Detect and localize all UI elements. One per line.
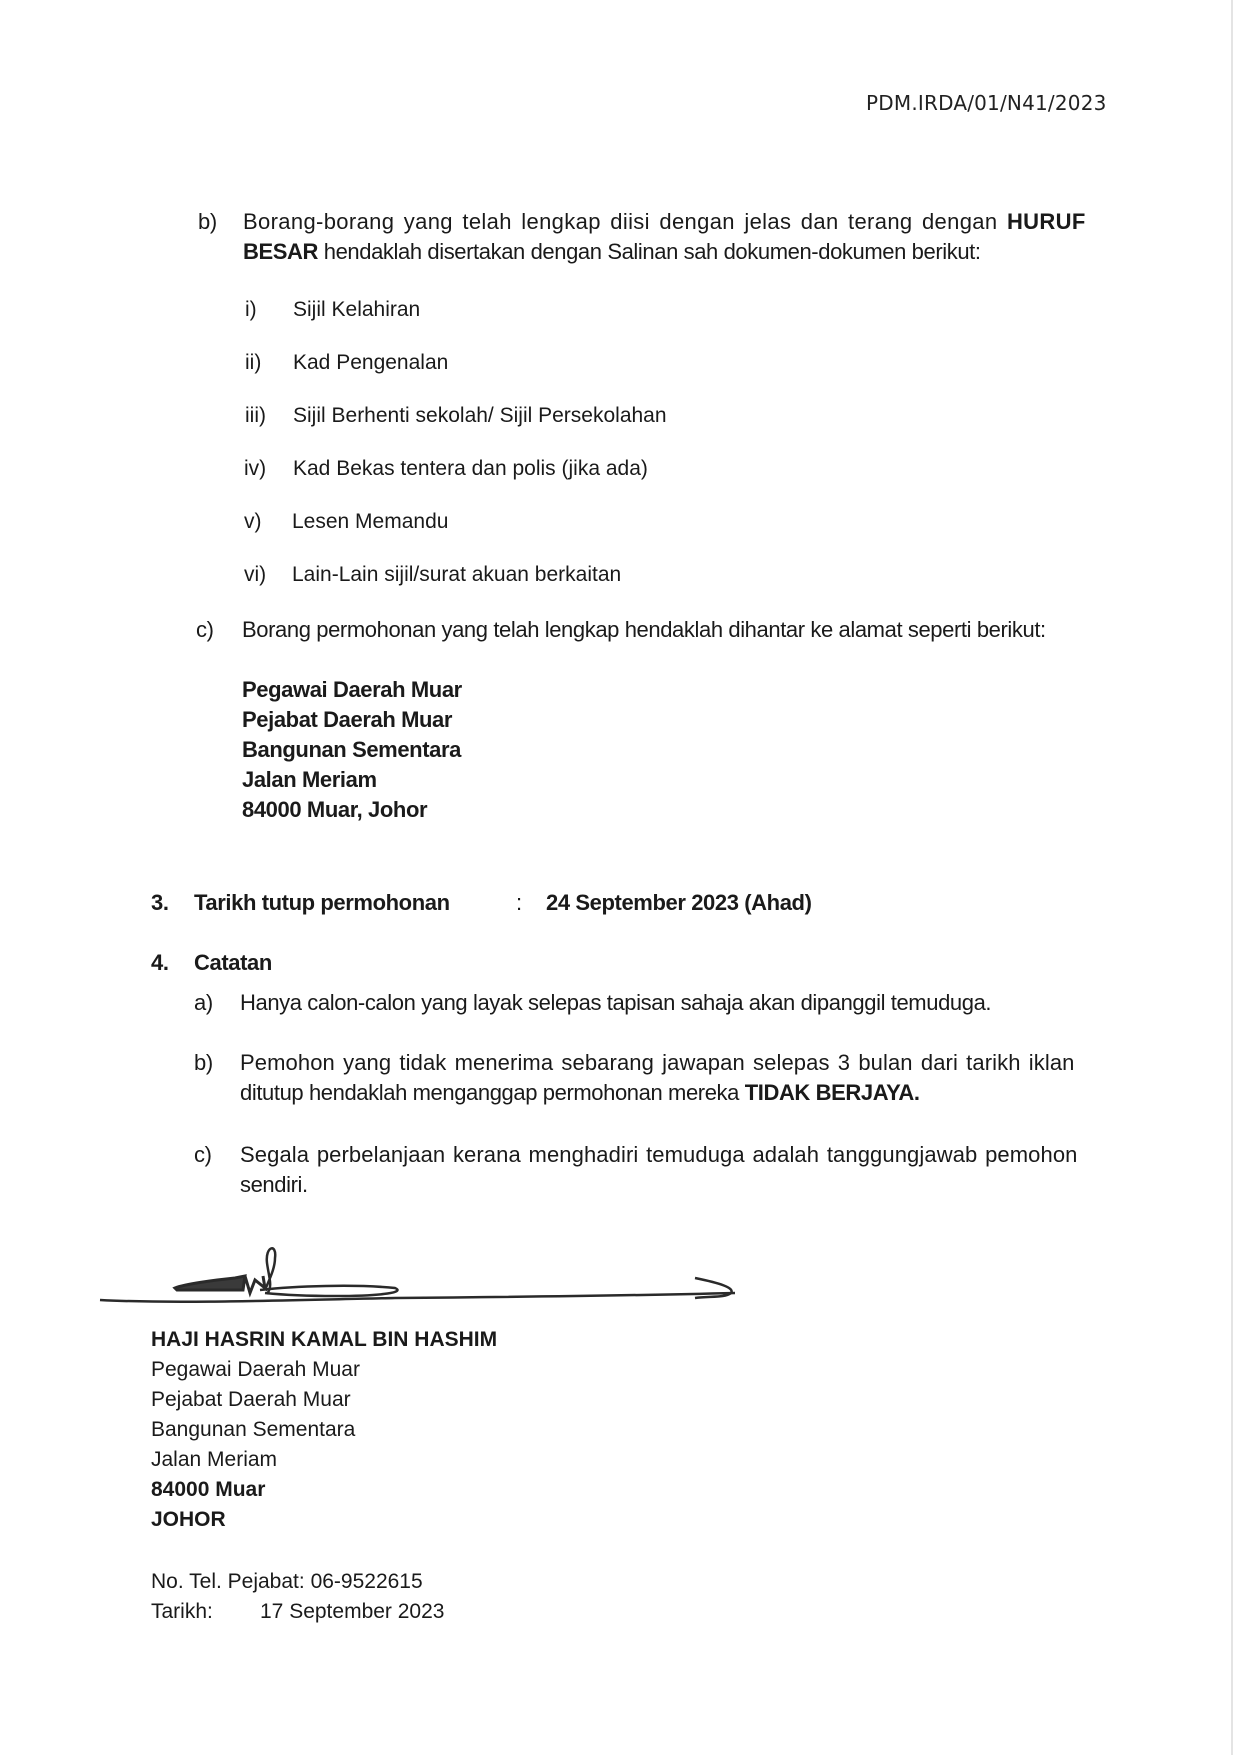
section-4-number: 4. bbox=[151, 948, 169, 978]
note-label: a) bbox=[194, 988, 213, 1018]
closing-date-value: 24 September 2023 (Ahad) bbox=[546, 888, 812, 918]
section-b-text-2: hendaklah disertakan dengan Salinan sah … bbox=[318, 239, 981, 264]
closing-date-label: Tarikh tutup permohonan bbox=[194, 888, 450, 918]
closing-date-separator: : bbox=[516, 888, 522, 918]
section-c-text: Borang permohonan yang telah lengkap hen… bbox=[242, 615, 1046, 645]
address-line: Jalan Meriam bbox=[242, 765, 377, 795]
section-b-line1: Borang-borang yang telah lengkap diisi d… bbox=[243, 207, 1109, 237]
notes-title: Catatan bbox=[194, 948, 272, 978]
document-label: v) bbox=[244, 510, 262, 534]
signatory-line: Pejabat Daerah Muar bbox=[151, 1388, 351, 1412]
note-text: ditutup hendaklah menganggap permohonan … bbox=[240, 1080, 745, 1105]
signatory-state: JOHOR bbox=[151, 1508, 226, 1532]
page-edge bbox=[1231, 0, 1233, 1755]
signatory-postcode: 84000 Muar bbox=[151, 1478, 265, 1502]
section-b-bold-2: BESAR bbox=[243, 239, 318, 264]
note-label: c) bbox=[194, 1140, 212, 1170]
address-line: Pegawai Daerah Muar bbox=[242, 675, 462, 705]
document-item: Sijil Berhenti sekolah/ Sijil Persekolah… bbox=[293, 404, 667, 428]
document-item: Sijil Kelahiran bbox=[293, 298, 420, 322]
phone-number: 06-9522615 bbox=[311, 1570, 423, 1593]
section-c-label: c) bbox=[196, 615, 214, 645]
note-label: b) bbox=[194, 1048, 213, 1078]
note-text: Pemohon yang tidak menerima sebarang jaw… bbox=[240, 1048, 1075, 1078]
note-bold: TIDAK BERJAYA. bbox=[745, 1080, 920, 1105]
signatory-name: HAJI HASRIN KAMAL BIN HASHIM bbox=[151, 1328, 497, 1352]
document-item: Kad Pengenalan bbox=[293, 351, 448, 375]
note-text: Hanya calon-calon yang layak selepas tap… bbox=[240, 988, 991, 1018]
document-item: Kad Bekas tentera dan polis (jika ada) bbox=[293, 457, 648, 481]
note-text: sendiri. bbox=[240, 1170, 308, 1200]
signatory-line: Jalan Meriam bbox=[151, 1448, 277, 1472]
document-label: iii) bbox=[245, 404, 266, 428]
document-item: Lesen Memandu bbox=[292, 510, 448, 534]
address-line: Bangunan Sementara bbox=[242, 735, 461, 765]
document-label: i) bbox=[245, 298, 257, 322]
reference-number: PDM.IRDA/01/N41/2023 bbox=[866, 91, 1107, 115]
signature-image bbox=[95, 1238, 745, 1318]
section-3-number: 3. bbox=[151, 888, 169, 918]
document-label: iv) bbox=[244, 457, 266, 481]
document-label: vi) bbox=[244, 563, 266, 587]
date-label: Tarikh: bbox=[151, 1600, 213, 1624]
section-b-text: Borang-borang yang telah lengkap diisi d… bbox=[243, 209, 1007, 234]
letter-date: 17 September 2023 bbox=[260, 1600, 444, 1624]
note-text-line2: ditutup hendaklah menganggap permohonan … bbox=[240, 1078, 920, 1108]
section-b-line2: BESAR hendaklah disertakan dengan Salina… bbox=[243, 237, 981, 267]
section-b-label: b) bbox=[198, 207, 217, 237]
signatory-line: Bangunan Sementara bbox=[151, 1418, 355, 1442]
address-line: 84000 Muar, Johor bbox=[242, 795, 427, 825]
phone-label: No. Tel. Pejabat: bbox=[151, 1570, 305, 1593]
address-line: Pejabat Daerah Muar bbox=[242, 705, 452, 735]
note-text: Segala perbelanjaan kerana menghadiri te… bbox=[240, 1140, 1078, 1170]
document-label: ii) bbox=[245, 351, 261, 375]
section-b-bold: HURUF bbox=[1007, 209, 1086, 234]
signatory-line: Pegawai Daerah Muar bbox=[151, 1358, 360, 1382]
document-item: Lain-Lain sijil/surat akuan berkaitan bbox=[292, 563, 621, 587]
phone-row: No. Tel. Pejabat: 06-9522615 bbox=[151, 1570, 423, 1594]
